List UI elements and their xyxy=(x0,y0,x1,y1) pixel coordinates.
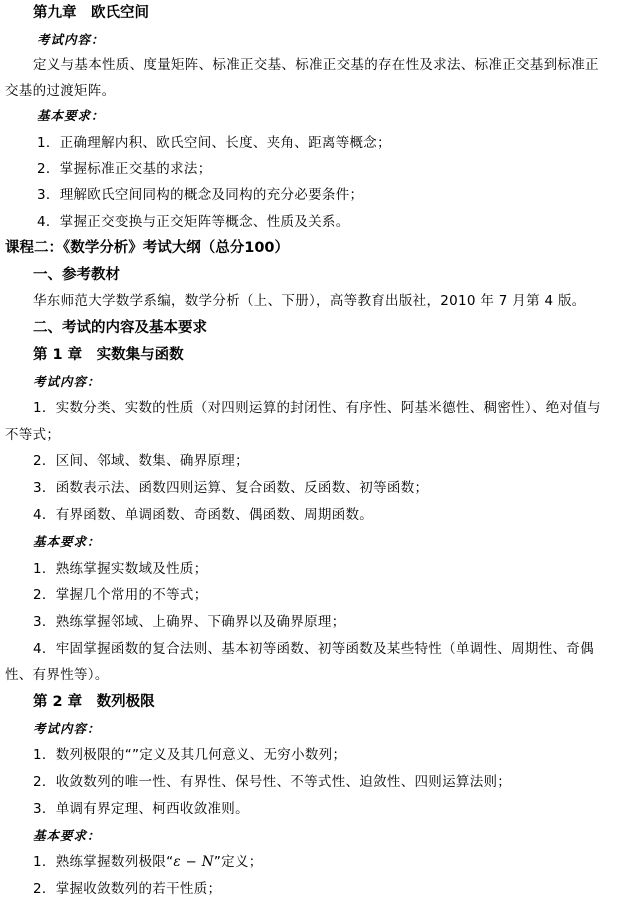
chapter-1-title: 第 1 章 实数集与函数 xyxy=(33,345,184,365)
chapter-2-exam-content-label: 考试内容： xyxy=(33,719,101,739)
section-exam-content-title: 二、考试的内容及基本要求 xyxy=(33,318,207,338)
chapter-2-exam-content-1: 1．数列极限的“”定义及其几何意义、无穷小数列； xyxy=(33,745,346,765)
reference-book-entry: 华东师范大学数学系编，数学分析（上、下册），高等教育出版社，2010 年 7 月… xyxy=(33,291,586,311)
course-2-title: 课程二：《数学分析》考试大纲（总分100） xyxy=(5,238,289,258)
chapter-1-requirement-3: 3．熟练掌握邻域、上确界、下确界以及确界原理； xyxy=(33,612,346,632)
section-reference-books-title: 一、参考教材 xyxy=(33,265,120,285)
chapter-2-title: 第 2 章 数列极限 xyxy=(33,692,155,712)
chapter-1-requirement-4: 4．牢固掌握函数的复合法则、基本初等函数、初等函数及某些特性（单调性、周期性、奇… xyxy=(33,639,594,659)
chapter-9-exam-content-line-1: 定义与基本性质、度量矩阵、标准正交基、标准正交基的存在性及求法、标准正交基到标准… xyxy=(33,55,599,75)
chapter-2-requirements-label: 基本要求： xyxy=(33,826,101,846)
chapter-1-requirement-2: 2．掌握几个常用的不等式； xyxy=(33,585,208,605)
chapter-9-requirement-2: 2．掌握标准正交基的求法； xyxy=(37,159,212,179)
chapter-2-exam-content-2: 2．收敛数列的唯一性、有界性、保号性、不等式性、迫敛性、四则运算法则； xyxy=(33,772,511,792)
chapter-1-exam-content-1: 1．实数分类、实数的性质（对四则运算的封闭性、有序性、阿基米德性、稠密性）、绝对… xyxy=(33,398,601,418)
chapter-1-exam-content-1-cont: 不等式； xyxy=(5,425,60,445)
chapter-9-requirement-1: 1．正确理解内积、欧氏空间、长度、夹角、距离等概念； xyxy=(37,133,391,153)
chapter-9-exam-content-line-2: 交基的过渡矩阵。 xyxy=(5,81,115,101)
chapter-1-requirement-4-cont: 性、有界性等）。 xyxy=(5,665,109,685)
chapter-9-requirement-4: 4．掌握正交变换与正交矩阵等概念、性质及关系。 xyxy=(37,212,350,232)
chapter-1-requirements-label: 基本要求： xyxy=(33,532,101,552)
epsilon-n-formula: ε − N xyxy=(173,854,213,870)
chapter-2-exam-content-3: 3．单调有界定理、柯西收敛准则。 xyxy=(33,799,249,819)
chapter-9-requirements-label: 基本要求： xyxy=(37,106,105,126)
chapter-2-requirement-1: 1．熟练掌握数列极限“ε − N”定义； xyxy=(33,852,263,872)
chapter-9-requirement-3: 3．理解欧氏空间同构的概念及同构的充分必要条件； xyxy=(37,185,363,205)
chapter-1-exam-content-label: 考试内容： xyxy=(33,372,101,392)
chapter-1-exam-content-2: 2．区间、邻域、数集、确界原理； xyxy=(33,451,249,471)
chapter-1-requirement-1: 1．熟练掌握实数域及性质； xyxy=(33,559,208,579)
chapter-1-exam-content-4: 4．有界函数、单调函数、奇函数、偶函数、周期函数。 xyxy=(33,505,373,525)
chapter-1-exam-content-3: 3．函数表示法、函数四则运算、复合函数、反函数、初等函数； xyxy=(33,478,428,498)
chapter-2-requirement-2: 2．掌握收敛数列的若干性质； xyxy=(33,879,221,899)
chapter-2-requirement-1-suffix: ”定义； xyxy=(214,854,263,870)
chapter-2-requirement-1-prefix: 1．熟练掌握数列极限“ xyxy=(33,854,173,870)
chapter-9-exam-content-label: 考试内容： xyxy=(37,30,105,50)
chapter-9-title: 第九章 欧氏空间 xyxy=(33,3,149,23)
